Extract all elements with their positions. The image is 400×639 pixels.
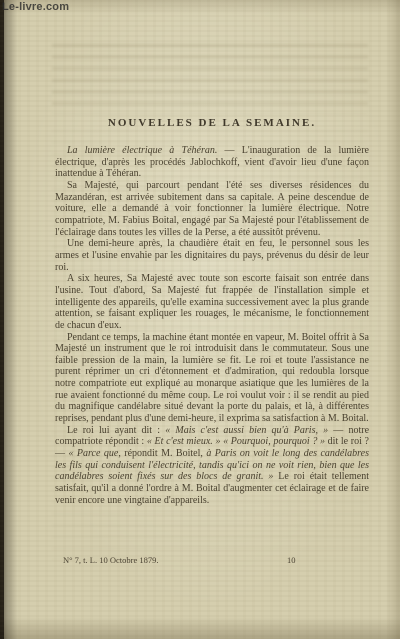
paragraph: Une demi-heure après, la chaudière était… [55,238,369,273]
paragraph: La lumière électrique à Téhéran. — L'ina… [55,145,369,180]
article-body: La lumière électrique à Téhéran. — L'ina… [55,145,369,506]
footer-page-number: 10 [287,555,296,565]
section-heading: NOUVELLES DE LA SEMAINE. [55,117,369,129]
footer-issue-info: N° 7, t. L. 10 Octobre 1879. [63,555,158,565]
bleedthrough-texture [52,44,368,114]
paragraph: A six heures, Sa Majesté avec toute son … [55,273,369,331]
watermark: Le-livre.com [2,1,69,13]
page-footer: N° 7, t. L. 10 Octobre 1879. 10 [55,555,369,565]
paragraph: Pendant ce temps, la machine étant monté… [55,332,369,425]
scanned-journal-page: Le-livre.com NOUVELLES DE LA SEMAINE. La… [0,0,400,639]
binding-edge-shadow [0,0,4,639]
paragraph: Le roi lui ayant dit : « Mais c'est auss… [55,425,369,507]
paragraph: Sa Majesté, qui parcourt pendant l'été s… [55,180,369,238]
